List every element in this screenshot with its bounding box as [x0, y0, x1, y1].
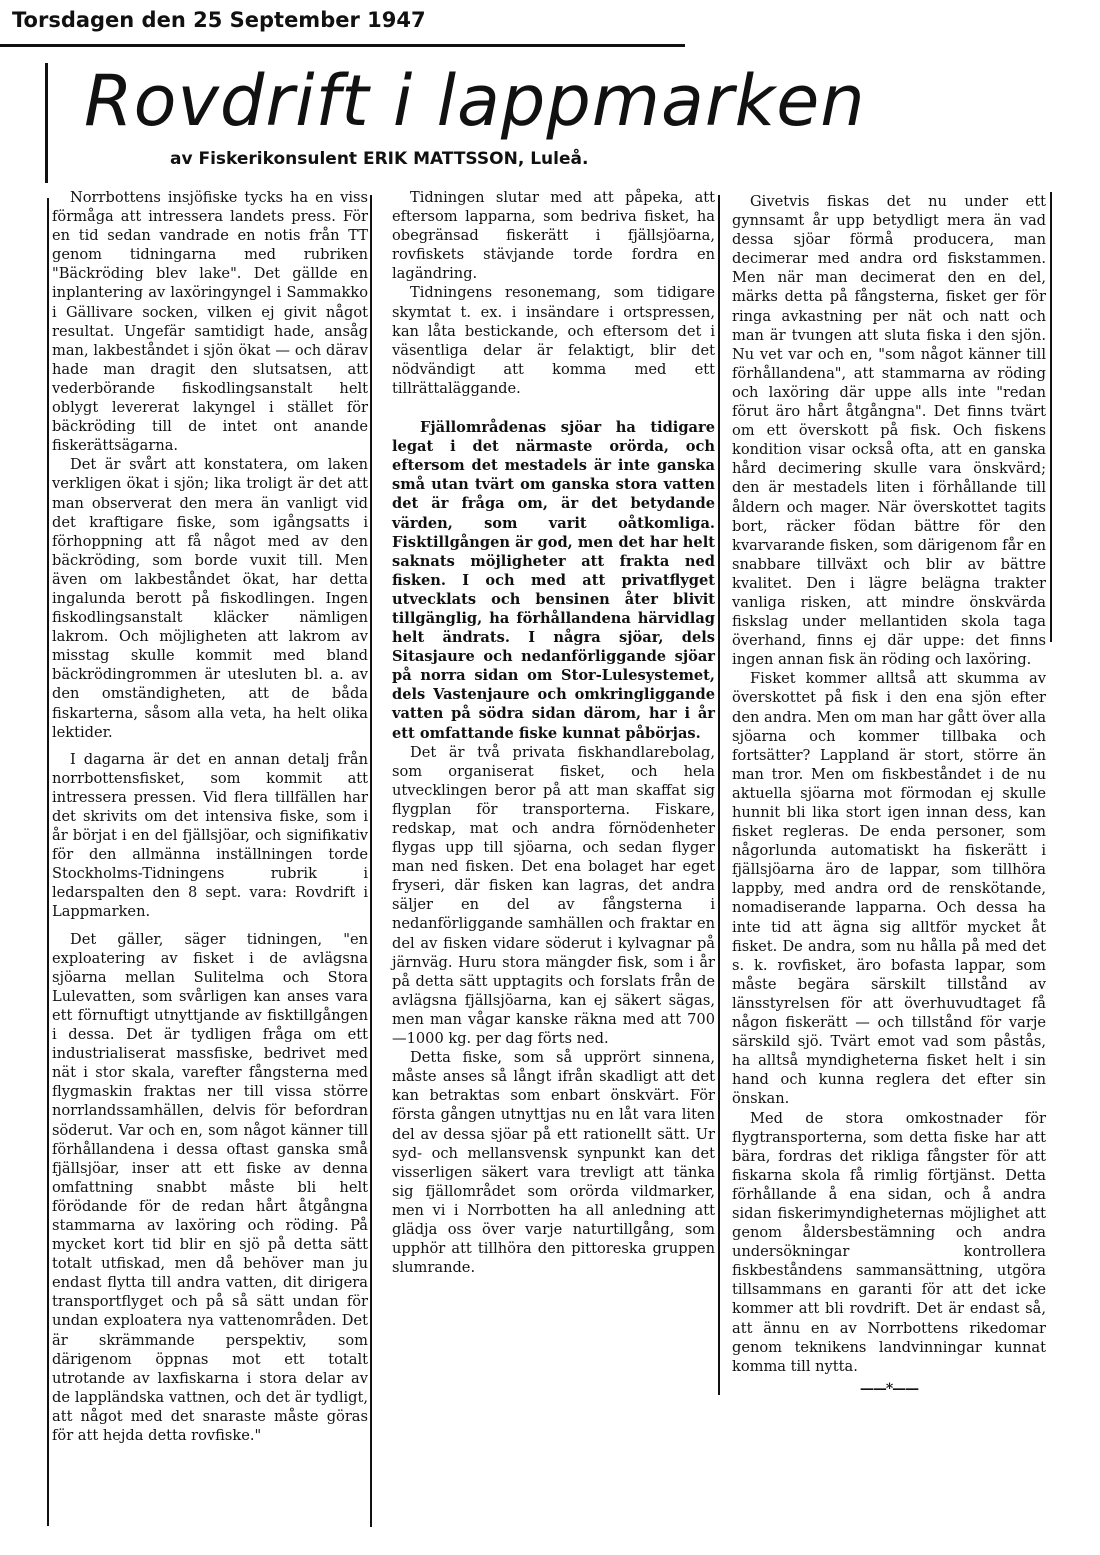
paragraph: Tidningens resonemang, som tidigare skym… [392, 283, 715, 398]
paragraph-bold: Fjällområdenas sjöar ha tidigare legat i… [392, 418, 715, 743]
paragraph: Det är två privata fiskhandlarebolag, so… [392, 743, 715, 1049]
paragraph: Med de stora omkostnader för flygtranspo… [732, 1109, 1046, 1376]
paragraph: Givetvis fiskas det nu under ett gynnsam… [732, 192, 1046, 669]
headline-rule [45, 63, 48, 183]
column-rule-left [47, 198, 49, 1526]
paragraph: Fisket kommer alltså att skumma av övers… [732, 669, 1046, 1108]
end-mark-icon: ——*—— [732, 1380, 1046, 1399]
column-rule-right [1050, 192, 1052, 642]
paragraph: Detta fiske, som så upprört sinnena, mås… [392, 1048, 715, 1277]
article-column-1: Norrbottens insjöfiske tycks ha en viss … [52, 188, 368, 1445]
dateline: Torsdagen den 25 September 1947 [12, 8, 426, 32]
top-rule [0, 44, 685, 47]
paragraph: Det är svårt att konstatera, om laken ve… [52, 455, 368, 741]
article-column-3: Givetvis fiskas det nu under ett gynnsam… [732, 192, 1046, 1399]
paragraph: Norrbottens insjöfiske tycks ha en viss … [52, 188, 368, 455]
paragraph: Det gäller, säger tidningen, "en exploat… [52, 930, 368, 1446]
paragraph: Tidningen slutar med att påpeka, att eft… [392, 188, 715, 283]
headline: Rovdrift i lappmarken [84, 60, 866, 142]
paragraph: I dagarna är det en annan detalj från no… [52, 750, 368, 922]
article-column-2: Tidningen slutar med att påpeka, att eft… [392, 188, 715, 1277]
column-rule-2-3 [718, 195, 720, 1395]
byline: av Fiskerikonsulent ERIK MATTSSON, Luleå… [170, 149, 588, 169]
column-rule-1-2 [370, 195, 372, 1527]
